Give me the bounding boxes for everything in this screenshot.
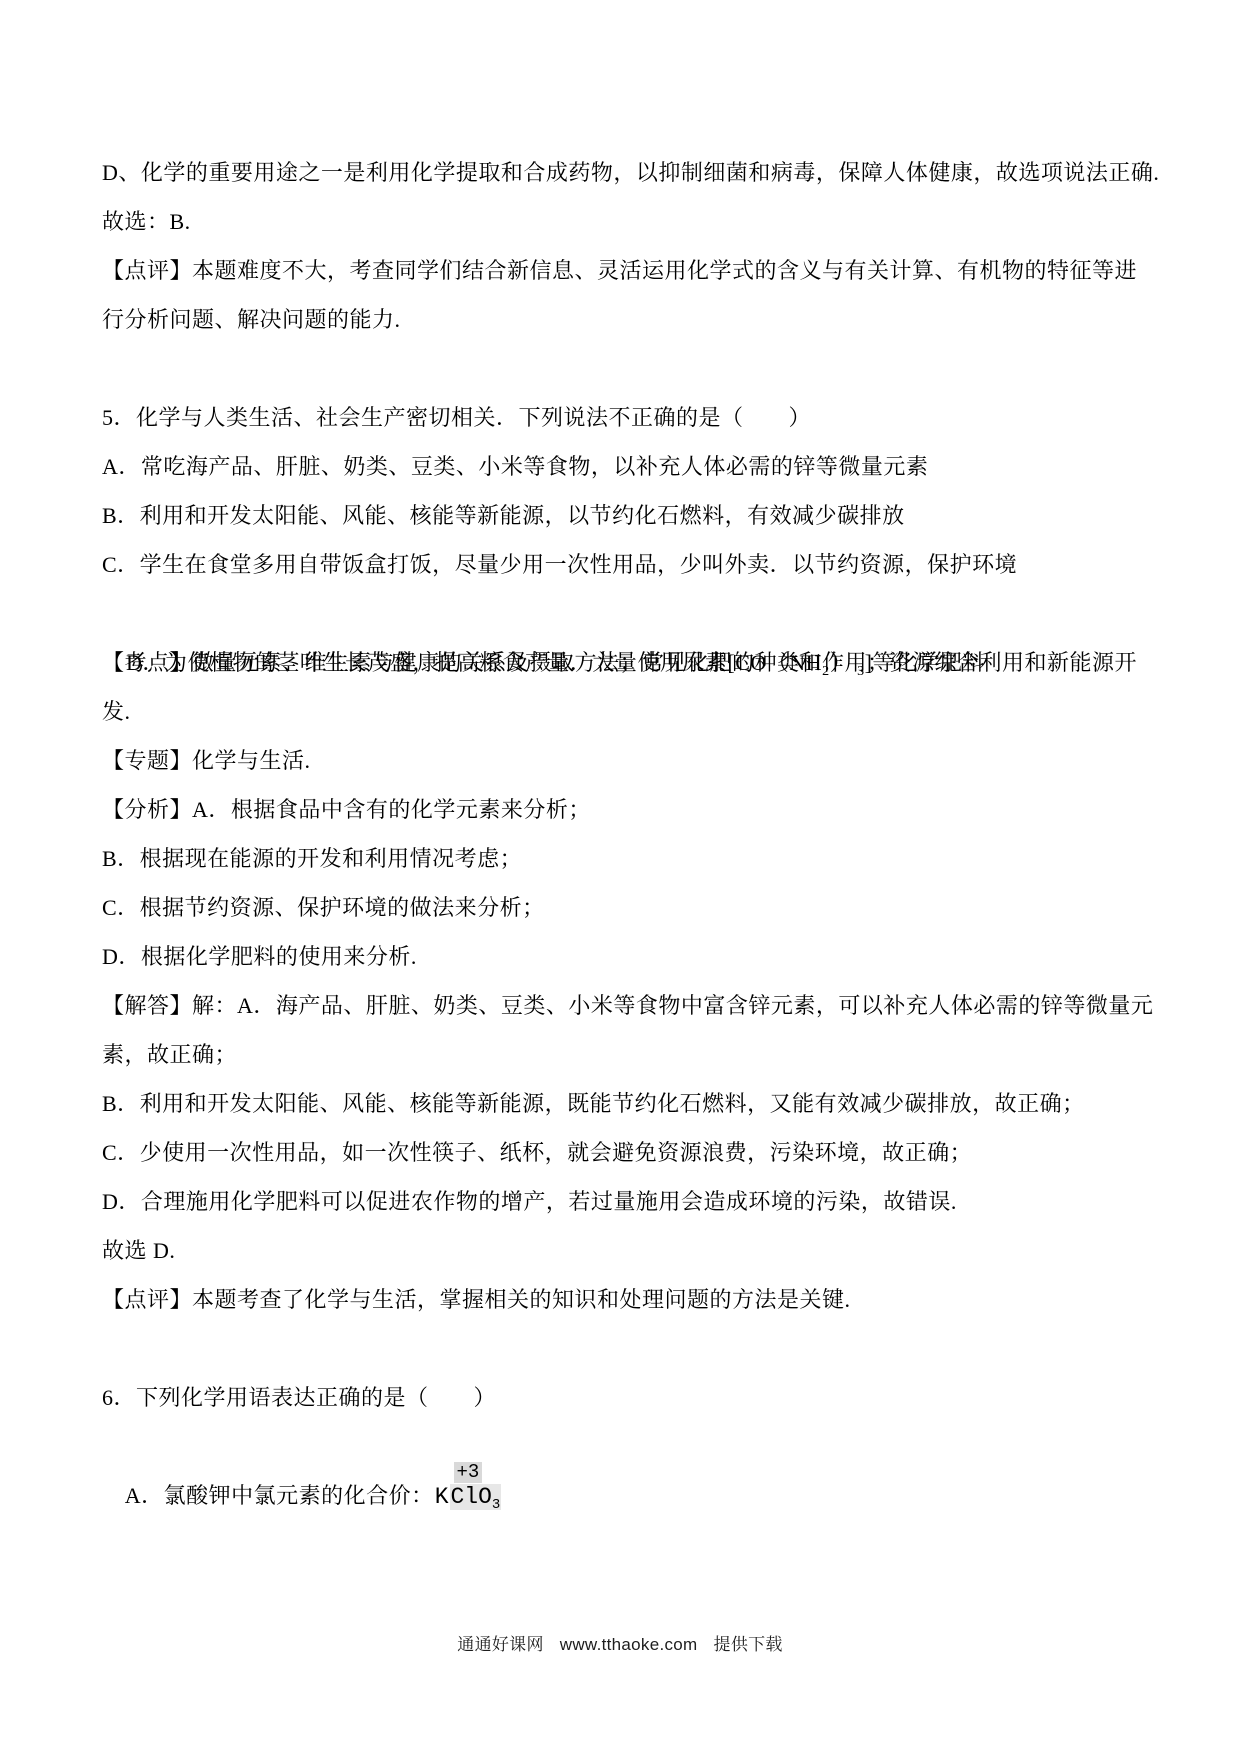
q5-fenxi-c: C．根据节约资源、保护环境的做法来分析； <box>102 883 545 932</box>
q5-option-c: C．学生在食堂多用自带饭盒打饭，尽量少用一次性用品，少叫外卖．以节约资源，保护环… <box>102 540 1017 589</box>
q5-zhuanti: 【专题】化学与生活. <box>102 736 311 785</box>
q5-jieda-b: B．利用和开发太阳能、风能、核能等新能源，既能节约化石燃料，又能有效减少碳排放，… <box>102 1079 1085 1128</box>
formula-subscript-3: 3 <box>492 1497 500 1513</box>
q4-comment: 【点评】本题难度不大，考查同学们结合新信息、灵活运用化学式的含义与有关计算、有机… <box>102 246 1137 295</box>
q5-fenxi-d: D．根据化学肥料的使用来分析. <box>102 932 417 981</box>
q5-jieda-cont: 素，故正确； <box>102 1030 237 1079</box>
document-page: D、化学的重要用途之一是利用化学提取和合成药物，以抑制细菌和病毒，保障人体健康，… <box>0 0 1240 1754</box>
q5-kaodian: 【考点】微量元素、维生素与健康的关系及摄取方法；常见化肥的种类和作用；资源综合利… <box>102 638 1137 687</box>
q5-conclusion: 故选 D. <box>102 1226 175 1275</box>
q6-option-a-label: A．氯酸钾中氯元素的化合价： <box>125 1483 434 1508</box>
q5-kaodian-cont: 发. <box>102 687 131 736</box>
q6-stem: 6．下列化学用语表达正确的是（ ） <box>102 1373 496 1422</box>
footer-note: 提供下载 <box>714 1635 783 1654</box>
q6-option-a: A．氯酸钾中氯元素的化合价：K+3ClO3 <box>102 1422 501 1471</box>
valence-plus3-label: +3 <box>454 1462 483 1483</box>
q5-stem: 5．化学与人类生活、社会生产密切相关．下列说法不正确的是（ ） <box>102 393 811 442</box>
footer: 通通好课网www.tthaoke.com提供下载 <box>0 1630 1240 1655</box>
q5-option-b: B．利用和开发太阳能、风能、核能等新能源，以节约化石燃料，有效减少碳排放 <box>102 491 905 540</box>
q4-conclusion: 故选：B. <box>102 197 191 246</box>
footer-site-name: 通通好课网 <box>457 1635 544 1654</box>
formula-k: K <box>434 1484 450 1510</box>
kclo3-formula: K+3ClO3 <box>434 1484 502 1510</box>
q5-fenxi-b: B．根据现在能源的开发和利用情况考虑； <box>102 834 522 883</box>
q5-jieda: 【解答】解：A．海产品、肝脏、奶类、豆类、小米等食物中富含锌元素，可以补充人体必… <box>102 981 1153 1030</box>
formula-clo: ClO <box>451 1484 492 1510</box>
q4-analysis-d: D、化学的重要用途之一是利用化学提取和合成药物，以抑制细菌和病毒，保障人体健康，… <box>102 148 1159 197</box>
q4-comment-cont: 行分析问题、解决问题的能力. <box>102 295 401 344</box>
formula-clo3-box: +3ClO3 <box>450 1484 502 1510</box>
q5-fenxi-a: 【分析】A．根据食品中含有的化学元素来分析； <box>102 785 591 834</box>
footer-url: www.tthaoke.com <box>560 1635 698 1654</box>
q5-option-d: D．为使植物的茎叶生长茂盛，提高粮食产量．大量使用尿素[CO（NH2）3]等化学… <box>102 589 985 638</box>
q5-option-a: A．常吃海产品、肝脏、奶类、豆类、小米等食物，以补充人体必需的锌等微量元素 <box>102 442 928 491</box>
q5-dianping: 【点评】本题考查了化学与生活，掌握相关的知识和处理问题的方法是关键. <box>102 1275 851 1324</box>
q5-jieda-c: C．少使用一次性用品，如一次性筷子、纸杯，就会避免资源浪费，污染环境，故正确； <box>102 1128 972 1177</box>
q5-jieda-d: D．合理施用化学肥料可以促进农作物的增产，若过量施用会造成环境的污染，故错误. <box>102 1177 957 1226</box>
